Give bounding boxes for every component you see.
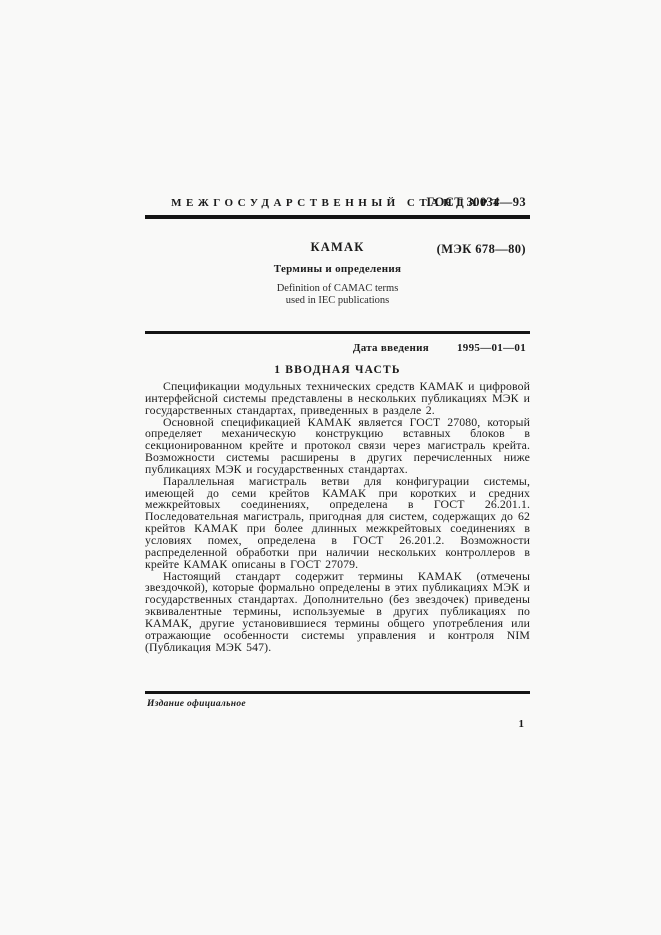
paragraph: Настоящий стандарт содержит термины КАМА… <box>145 571 530 654</box>
footer-rule <box>145 691 530 694</box>
paragraph: Спецификации модульных технических средс… <box>145 381 530 417</box>
standard-type-heading: МЕЖГОСУДАРСТВЕННЫЙ СТАНДАРТ <box>145 197 530 209</box>
title-rule <box>145 331 530 334</box>
header-rule <box>145 215 530 219</box>
page-number: 1 <box>519 718 525 730</box>
official-edition-note: Издание официальное <box>147 699 246 709</box>
section-heading: 1 ВВОДНАЯ ЧАСТЬ <box>145 364 530 376</box>
page-content: ГОСТ 30034—93 (МЭК 678—80) МЕЖГОСУДАРСТВ… <box>145 0 530 935</box>
introduction-date-value: 1995—01—01 <box>457 342 526 354</box>
subtitle-en-line2: used in IEC publications <box>145 295 530 307</box>
document-title: КАМАК <box>145 240 530 255</box>
document-subtitle-en: Definition of CAMAC terms used in IEC pu… <box>145 283 530 306</box>
subtitle-en-line1: Definition of CAMAC terms <box>145 283 530 295</box>
document-subtitle-ru: Термины и определения <box>145 263 530 275</box>
paragraph: Основной спецификацией КАМАК является ГО… <box>145 417 530 476</box>
paragraph: Параллельная магистраль ветви для конфиг… <box>145 476 530 571</box>
body-text: Спецификации модульных технических средс… <box>145 381 530 653</box>
introduction-date-line: Дата введения1995—01—01 <box>353 342 526 354</box>
document-page: ГОСТ 30034—93 (МЭК 678—80) МЕЖГОСУДАРСТВ… <box>0 0 661 935</box>
introduction-date-label: Дата введения <box>353 342 429 354</box>
